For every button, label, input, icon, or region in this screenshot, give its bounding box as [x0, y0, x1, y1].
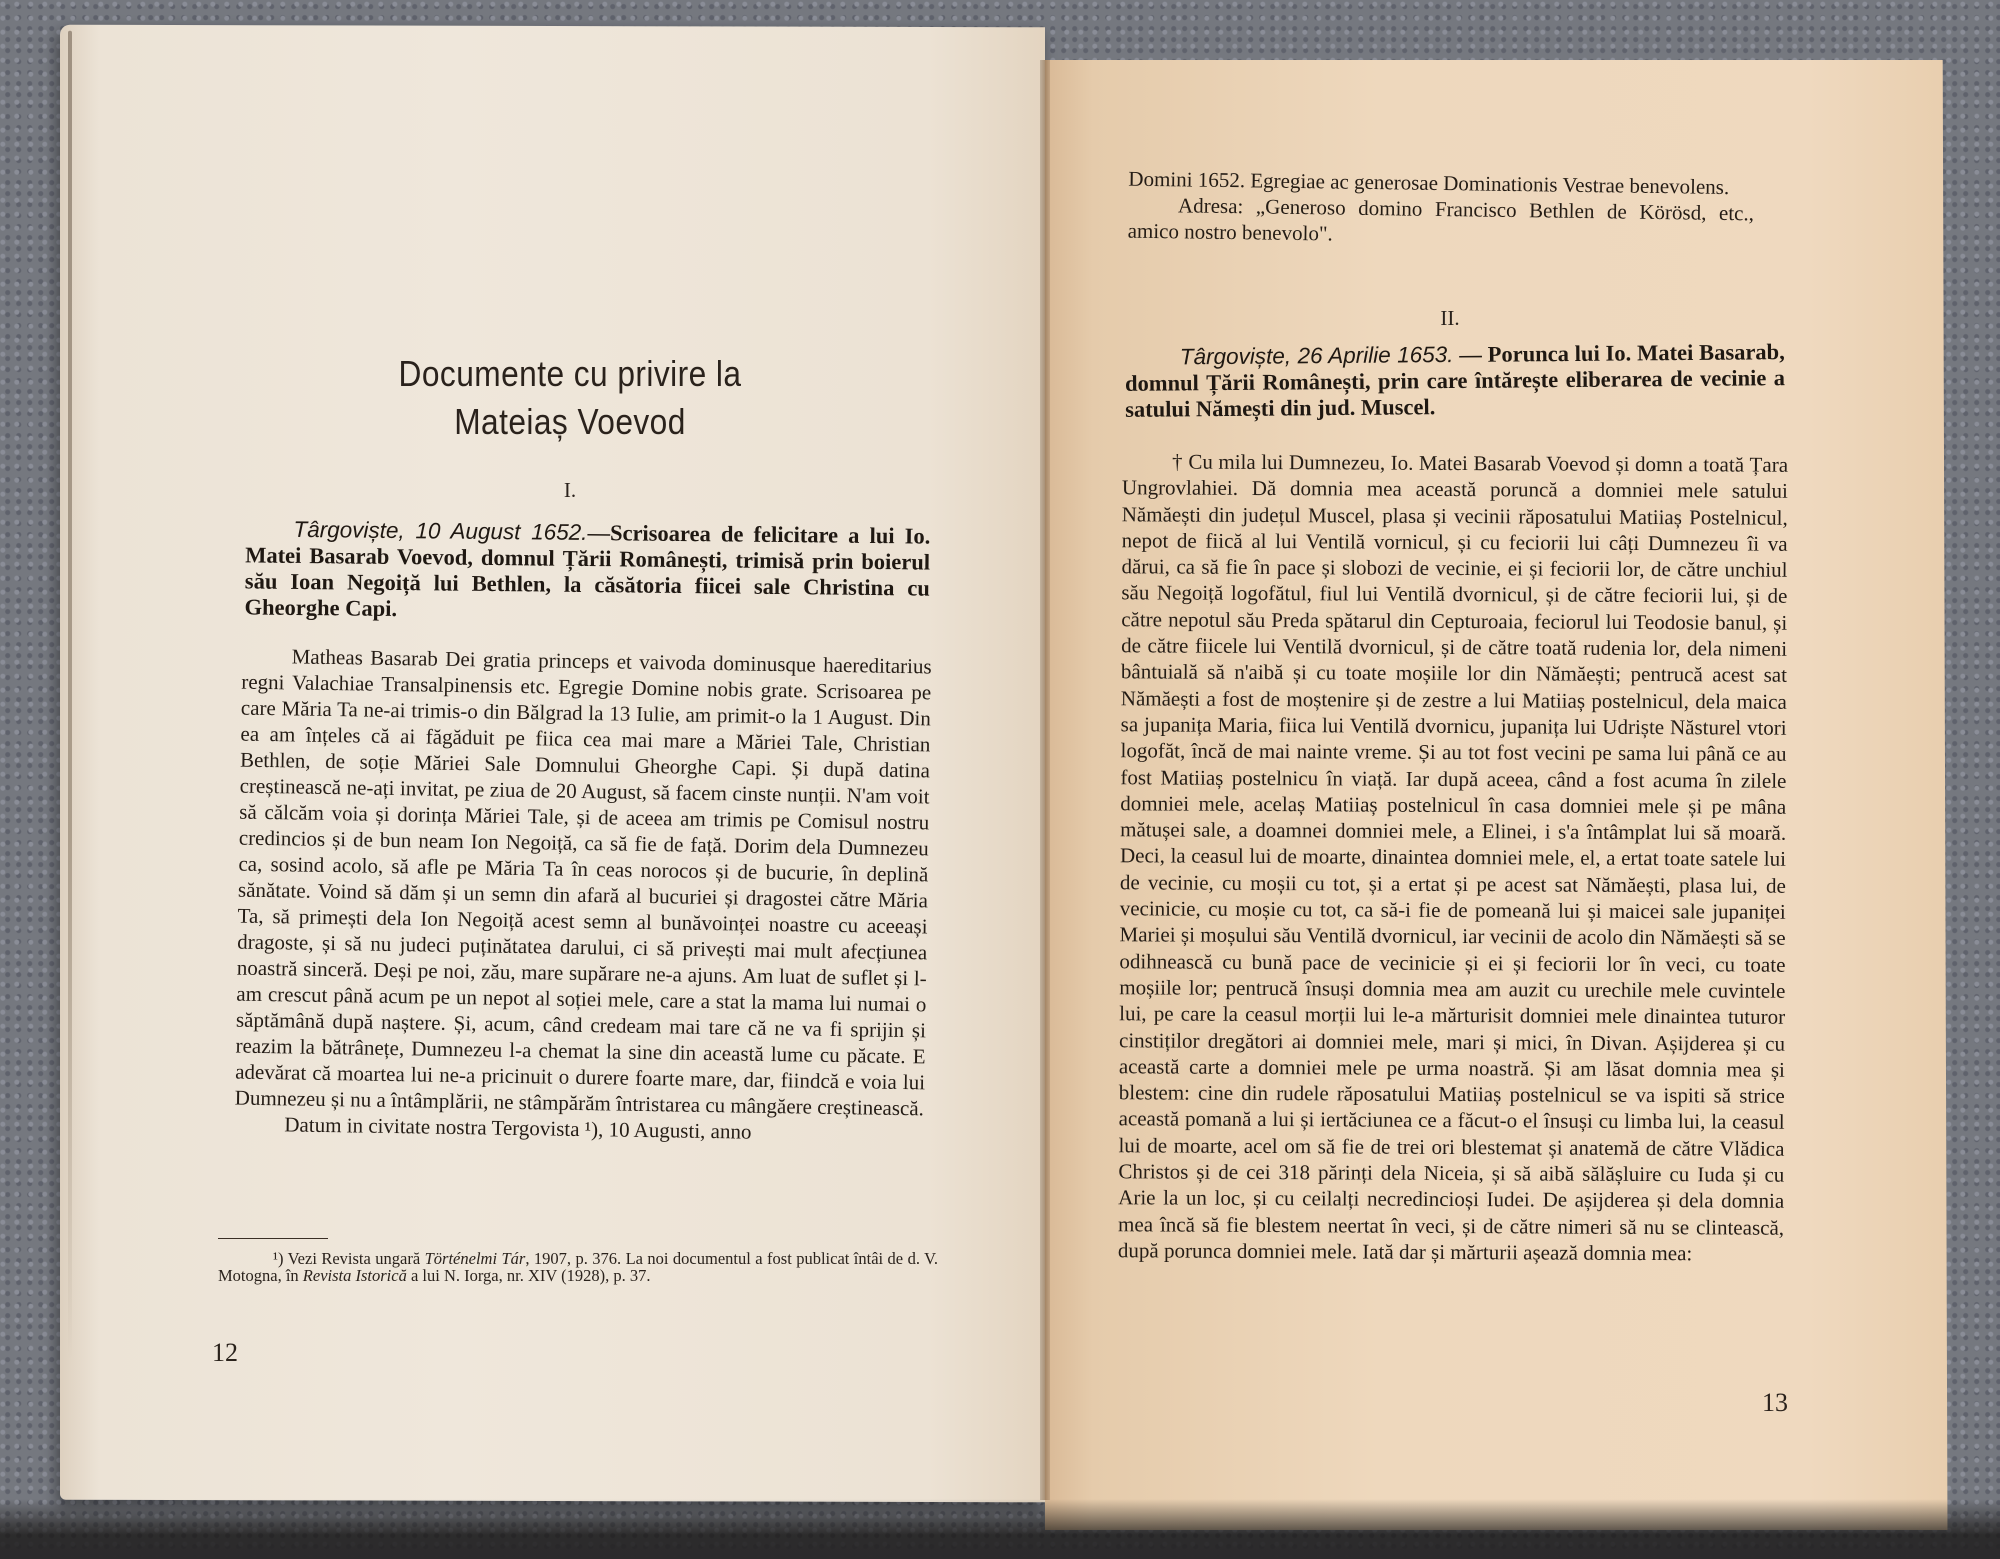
document-1-date-place: Târgoviște, 10 August 1652. [293, 517, 587, 545]
body-paragraph: † Cu mila lui Dumnezeu, Io. Matei Basara… [1118, 448, 1788, 1267]
document-2-body: † Cu mila lui Dumnezeu, Io. Matei Basara… [1118, 448, 1788, 1267]
page-number-right: 13 [1762, 1388, 1788, 1418]
document-title: Documente cu privire la Mateiaș Voevod [350, 350, 790, 446]
document-2-heading: Târgoviște, 26 Aprilie 1653. — Porunca l… [1125, 339, 1786, 423]
book-spine [1040, 60, 1050, 1500]
footnote-separator [218, 1238, 328, 1239]
document-1-body: Matheas Basarab Dei gratia princeps et v… [234, 643, 932, 1148]
table-shadow [0, 1499, 2000, 1559]
footnote: ¹) Vezi Revista ungară Történelmi Tár, 1… [218, 1250, 938, 1284]
title-line-2: Mateiaș Voevod [350, 398, 790, 446]
section-number-1: I. [540, 478, 600, 503]
document-1-continuation: Domini 1652. Egregiae ac generosae Domin… [1127, 166, 1754, 253]
title-line-1: Documente cu privire la [350, 350, 790, 398]
document-1-heading: Târgoviște, 10 August 1652.—Scrisoarea d… [244, 516, 930, 627]
address-paragraph: Adresa: „Generoso domino Francisco Bethl… [1127, 192, 1754, 253]
section-number-2: II. [1420, 306, 1480, 331]
page-number-left: 12 [212, 1338, 238, 1368]
footnote-journal-2: Revista Istorică [303, 1266, 407, 1285]
body-paragraph: Matheas Basarab Dei gratia princeps et v… [235, 643, 932, 1122]
document-2-date-place: Târgoviște, 26 Aprilie 1653. [1180, 342, 1454, 369]
